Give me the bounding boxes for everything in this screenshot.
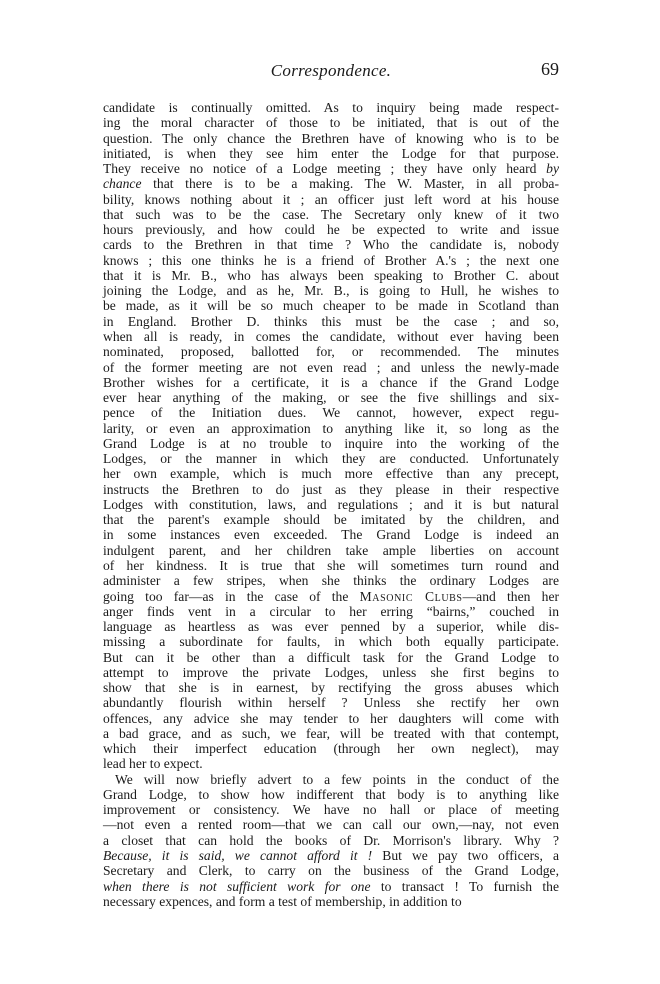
text-run: that it is Mr. B., who has always been s…	[103, 268, 559, 283]
text-line: pence of the Initiation dues. We cannot,…	[103, 405, 559, 420]
page-number: 69	[541, 59, 559, 80]
text-run: Brother wishes for a certificate, it is …	[103, 375, 559, 390]
text-line: show that she is in earnest, by rectifyi…	[103, 680, 559, 695]
running-header: Correspondence. 69	[103, 57, 559, 87]
text-line: attempt to improve the private Lodges, u…	[103, 665, 559, 680]
text-run: knows ; this one thinks he is a friend o…	[103, 253, 559, 268]
text-run: attempt to improve the private Lodges, u…	[103, 665, 559, 680]
text-line: Lodges, or the manner in which they are …	[103, 451, 559, 466]
text-run: administer a few stripes, when she think…	[103, 573, 559, 588]
text-line: They receive no notice of a Lodge meetin…	[103, 161, 559, 176]
text-run: a bad grace, and as such, we fear, will …	[103, 726, 559, 741]
text-run: improvement or consistency. We have no h…	[103, 802, 559, 817]
text-run: language as heartless as was ever penned…	[103, 619, 559, 634]
text-run: of the former meeting are not even read …	[103, 360, 559, 375]
text-line: Secretary and Clerk, to carry on the bus…	[103, 863, 559, 878]
text-run: instructs the Brethren to do just as the…	[103, 482, 559, 497]
text-line: her own example, which is much more effe…	[103, 466, 559, 481]
text-line: that it is Mr. B., who has always been s…	[103, 268, 559, 283]
text-run: pence of the Initiation dues. We cannot,…	[103, 405, 559, 420]
text-line: improvement or consistency. We have no h…	[103, 802, 559, 817]
text-run: larity, or even an approximation to anyt…	[103, 421, 559, 436]
text-line: Grand Lodge is at no trouble to inquire …	[103, 436, 559, 451]
text-run: lead her to expect.	[103, 756, 203, 771]
text-line: of her kindness. It is true that she wil…	[103, 558, 559, 573]
text-run: necessary expences, and form a test of m…	[103, 894, 462, 909]
text-run: Lodges, or the manner in which they are …	[103, 451, 559, 466]
text-line: that the parent's example should be imit…	[103, 512, 559, 527]
text-line: Because, it is said, we cannot afford it…	[103, 848, 559, 863]
text-line: offences, any advice she may tender to h…	[103, 711, 559, 726]
italic-text: by	[546, 161, 559, 176]
text-line: bility, knows nothing about it ; an offi…	[103, 192, 559, 207]
text-line: nominated, proposed, ballotted for, or r…	[103, 344, 559, 359]
small-caps-text: Masonic Clubs	[360, 589, 463, 604]
text-run: missing a subordinate for faults, in whi…	[103, 634, 559, 649]
text-line: that such was to be the case. The Secret…	[103, 207, 559, 222]
text-run: cards to the Brethren in that time ? Who…	[103, 237, 559, 252]
text-run: show that she is in earnest, by rectifyi…	[103, 680, 559, 695]
text-run: that the parent's example should be imit…	[103, 512, 559, 527]
text-line: —not even a rented room—that we can call…	[103, 817, 559, 832]
text-line: joining the Lodge, and as he, Mr. B., is…	[103, 283, 559, 298]
text-line: chance that there is to be a making. The…	[103, 176, 559, 191]
text-line: in England. Brother D. thinks this must …	[103, 314, 559, 329]
text-run: Secretary and Clerk, to carry on the bus…	[103, 863, 559, 878]
text-line: when there is not sufficient work for on…	[103, 879, 559, 894]
text-run: initiated, is when they see him enter th…	[103, 146, 559, 161]
text-line: cards to the Brethren in that time ? Who…	[103, 237, 559, 252]
text-run: Grand Lodge is at no trouble to inquire …	[103, 436, 559, 451]
text-run: question. The only chance the Brethren h…	[103, 131, 559, 146]
text-line: anger finds vent in a circular to her er…	[103, 604, 559, 619]
text-run: of her kindness. It is true that she wil…	[103, 558, 559, 573]
text-line: But can it be other than a difficult tas…	[103, 650, 559, 665]
text-line: Brother wishes for a certificate, it is …	[103, 375, 559, 390]
running-title: Correspondence.	[103, 61, 559, 81]
text-line: We will now briefly advert to a few poin…	[103, 772, 559, 787]
text-line: which their imperfect education (through…	[103, 741, 559, 756]
text-line: indulgent parent, and her children take …	[103, 543, 559, 558]
text-line: ever hear anything of the making, or see…	[103, 390, 559, 405]
text-line: in some instances even exceeded. The Gra…	[103, 527, 559, 542]
italic-text: Because, it is said, we cannot afford it…	[103, 848, 372, 863]
text-line: candidate is continually omitted. As to …	[103, 100, 559, 115]
text-run: offences, any advice she may tender to h…	[103, 711, 559, 726]
text-run: They receive no notice of a Lodge meetin…	[103, 161, 546, 176]
text-line: a closet that can hold the books of Dr. …	[103, 833, 559, 848]
text-run: be made, as it will be so much cheaper t…	[103, 298, 559, 313]
text-line: Lodges with constitution, laws, and regu…	[103, 497, 559, 512]
italic-text: chance	[103, 176, 142, 191]
text-line: lead her to expect.	[103, 756, 559, 771]
text-run: —and then her	[463, 589, 559, 604]
text-line: language as heartless as was ever penned…	[103, 619, 559, 634]
text-line: abundantly flourish within herself ? Unl…	[103, 695, 559, 710]
text-run: when all is ready, in comes the candidat…	[103, 329, 559, 344]
text-run: We will now briefly advert to a few poin…	[115, 772, 559, 787]
text-run: a closet that can hold the books of Dr. …	[103, 833, 559, 848]
text-line: Grand Lodge, to show how indifferent tha…	[103, 787, 559, 802]
text-line: a bad grace, and as such, we fear, will …	[103, 726, 559, 741]
text-run: in England. Brother D. thinks this must …	[103, 314, 559, 329]
text-run: —not even a rented room—that we can call…	[103, 817, 559, 832]
text-line: be made, as it will be so much cheaper t…	[103, 298, 559, 313]
text-line: missing a subordinate for faults, in whi…	[103, 634, 559, 649]
italic-text: when there is not sufficient work for on…	[103, 879, 371, 894]
text-line: hours previously, and how could he be ex…	[103, 222, 559, 237]
text-run: Grand Lodge, to show how indifferent tha…	[103, 787, 559, 802]
document-page: Correspondence. 69 candidate is continua…	[103, 57, 559, 909]
text-run: bility, knows nothing about it ; an offi…	[103, 192, 559, 207]
text-run: to transact ! To furnish the	[371, 879, 559, 894]
text-run: ever hear anything of the making, or see…	[103, 390, 559, 405]
text-run: But we pay two officers, a	[372, 848, 559, 863]
text-run: anger finds vent in a circular to her er…	[103, 604, 559, 619]
text-line: when all is ready, in comes the candidat…	[103, 329, 559, 344]
text-line: of the former meeting are not even read …	[103, 360, 559, 375]
paragraph: We will now briefly advert to a few poin…	[103, 772, 559, 909]
text-run: which their imperfect education (through…	[103, 741, 559, 756]
text-run: nominated, proposed, ballotted for, or r…	[103, 344, 559, 359]
text-line: ing the moral character of those to be i…	[103, 115, 559, 130]
text-line: instructs the Brethren to do just as the…	[103, 482, 559, 497]
text-run: joining the Lodge, and as he, Mr. B., is…	[103, 283, 559, 298]
text-run: that such was to be the case. The Secret…	[103, 207, 559, 222]
text-run: her own example, which is much more effe…	[103, 466, 559, 481]
text-line: administer a few stripes, when she think…	[103, 573, 559, 588]
text-run: in some instances even exceeded. The Gra…	[103, 527, 559, 542]
text-line: initiated, is when they see him enter th…	[103, 146, 559, 161]
text-run: candidate is continually omitted. As to …	[103, 100, 559, 115]
paragraph: candidate is continually omitted. As to …	[103, 100, 559, 772]
text-line: larity, or even an approximation to anyt…	[103, 421, 559, 436]
text-line: necessary expences, and form a test of m…	[103, 894, 559, 909]
text-run: But can it be other than a difficult tas…	[103, 650, 559, 665]
text-run: going too far—as in the case of the	[103, 589, 360, 604]
text-run: abundantly flourish within herself ? Unl…	[103, 695, 559, 710]
text-run: ing the moral character of those to be i…	[103, 115, 559, 130]
text-run: indulgent parent, and her children take …	[103, 543, 559, 558]
body-text: candidate is continually omitted. As to …	[103, 100, 559, 909]
text-run: Lodges with constitution, laws, and regu…	[103, 497, 559, 512]
text-line: question. The only chance the Brethren h…	[103, 131, 559, 146]
text-line: knows ; this one thinks he is a friend o…	[103, 253, 559, 268]
text-run: hours previously, and how could he be ex…	[103, 222, 559, 237]
text-line: going too far—as in the case of the Maso…	[103, 589, 559, 604]
text-run: that there is to be a making. The W. Mas…	[142, 176, 560, 191]
